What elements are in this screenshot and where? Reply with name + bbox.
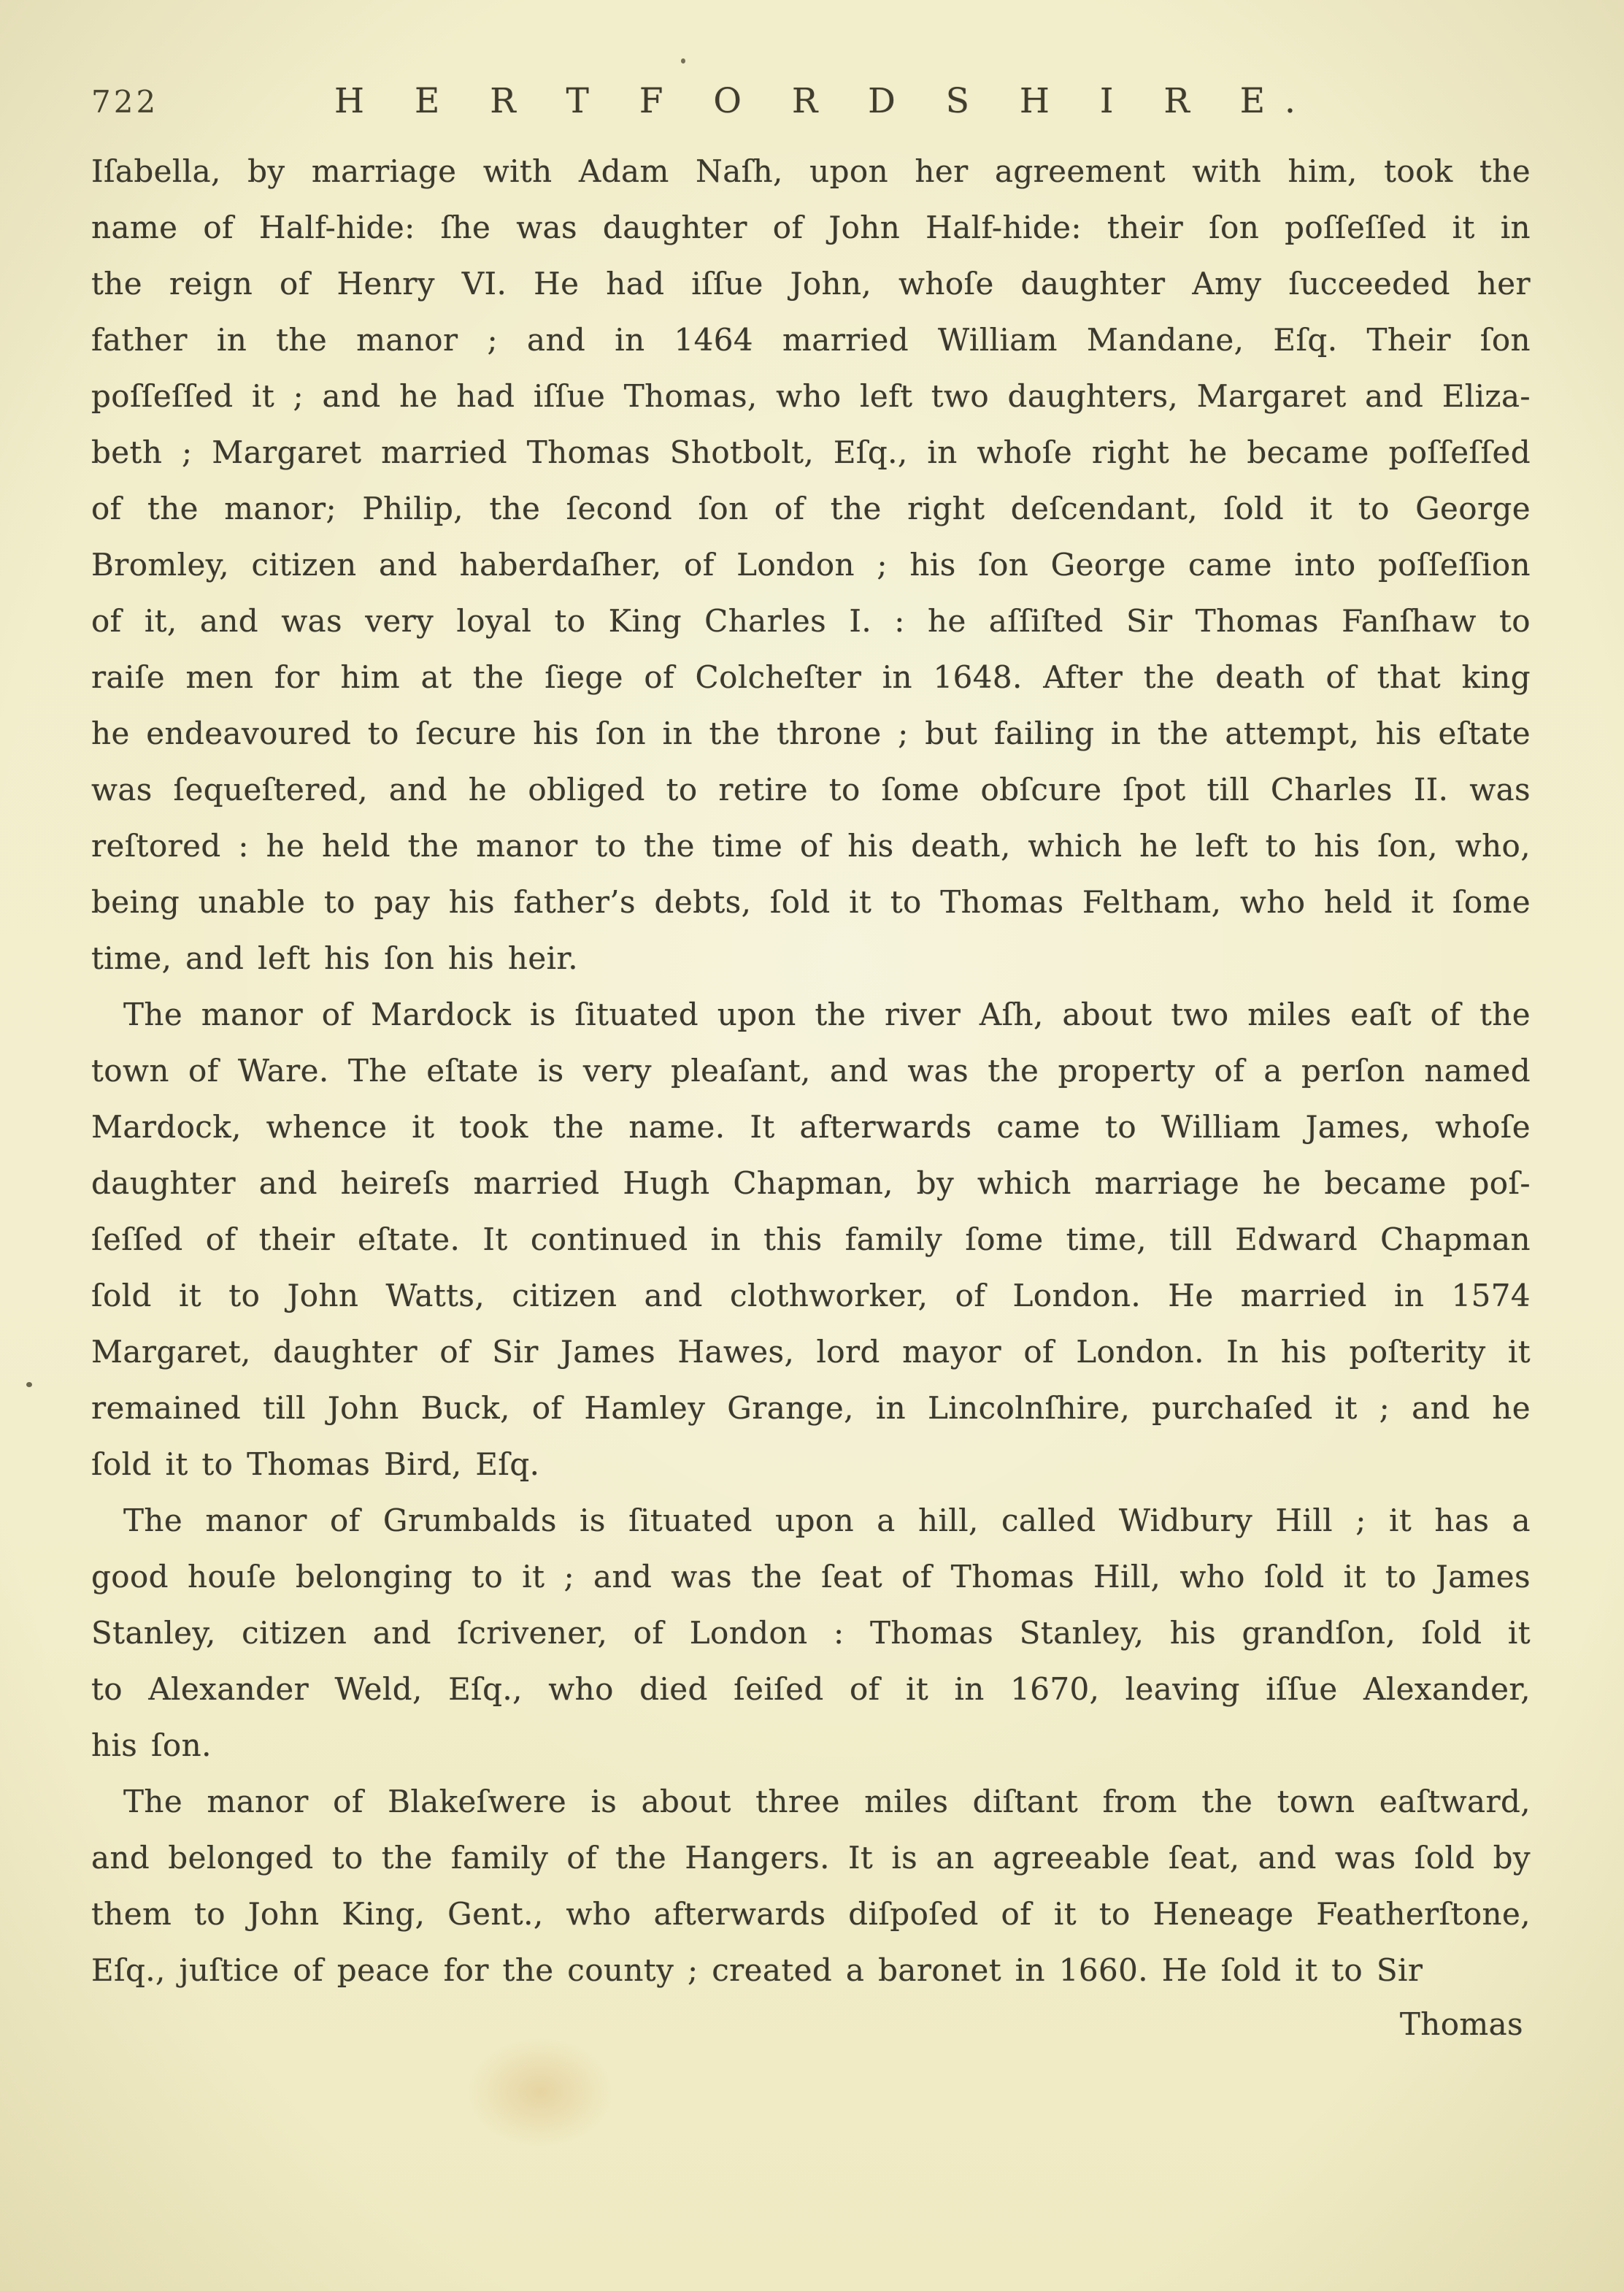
- text-line: Margaret, daughter of Sir James Hawes, l…: [91, 1324, 1531, 1380]
- text-line: of it, and was very loyal to King Charle…: [91, 593, 1531, 649]
- text-line: he endeavoured to ſecure his ſon in the …: [91, 705, 1531, 761]
- text-line: Bromley, citizen and haberdaſher, of Lon…: [91, 537, 1531, 593]
- paper-speck: [26, 1382, 32, 1387]
- text-line: was ſequeſtered, and he obliged to retir…: [91, 761, 1531, 818]
- text-line: reſtored : he held the manor to the time…: [91, 818, 1531, 874]
- book-page: 722 H E R T F O R D S H I R E. Iſabella,…: [0, 0, 1624, 2291]
- text-line: poſſeſſed it ; and he had iſſue Thomas, …: [91, 368, 1531, 424]
- text-line: beth ; Margaret married Thomas Shotbolt,…: [91, 424, 1531, 480]
- text-line: to Alexander Weld, Eſq., who died ſeiſed…: [91, 1661, 1531, 1717]
- text-line: the reign of Henry VI. He had iſſue John…: [91, 256, 1531, 312]
- text-block: Iſabella, by marriage with Adam Naſh, up…: [91, 143, 1531, 1998]
- text-line: Iſabella, by marriage with Adam Naſh, up…: [91, 143, 1531, 199]
- paragraph: Iſabella, by marriage with Adam Naſh, up…: [91, 143, 1531, 986]
- text-line: his ſon.: [91, 1717, 1531, 1773]
- text-line: raiſe men for him at the ſiege of Colche…: [91, 649, 1531, 705]
- text-line: of the manor; Philip, the ſecond ſon of …: [91, 480, 1531, 537]
- text-line: ſeſſed of their eſtate. It continued in …: [91, 1211, 1531, 1267]
- text-line: time, and left his ſon his heir.: [91, 930, 1531, 986]
- text-line: town of Ware. The eſtate is very pleaſan…: [91, 1043, 1531, 1099]
- paper-speck: [681, 58, 685, 64]
- text-line: Mardock, whence it took the name. It aft…: [91, 1099, 1531, 1155]
- text-line: The manor of Grumbalds is ſituated upon …: [91, 1492, 1531, 1549]
- paragraph: The manor of Blakeſwere is about three m…: [91, 1773, 1531, 1998]
- text-line: father in the manor ; and in 1464 marrie…: [91, 312, 1531, 368]
- text-line: and belonged to the family of the Hanger…: [91, 1830, 1531, 1886]
- text-line: The manor of Blakeſwere is about three m…: [91, 1773, 1531, 1830]
- text-line: name of Half-hide: ſhe was daughter of J…: [91, 199, 1531, 256]
- paper-speck: [1104, 108, 1107, 111]
- text-line: them to John King, Gent., who afterwards…: [91, 1886, 1531, 1942]
- text-line: The manor of Mardock is ſituated upon th…: [91, 986, 1531, 1043]
- running-title: H E R T F O R D S H I R E.: [91, 81, 1529, 121]
- text-line: Eſq., juſtice of peace for the county ; …: [91, 1942, 1531, 1998]
- paper-stain: [467, 2037, 613, 2146]
- catchword: Thomas: [1400, 2006, 1523, 2042]
- text-line: remained till John Buck, of Hamley Grang…: [91, 1380, 1531, 1436]
- text-line: Stanley, citizen and ſcrivener, of Londo…: [91, 1605, 1531, 1661]
- text-line: being unable to pay his father’s debts, …: [91, 874, 1531, 930]
- text-line: daughter and heireſs married Hugh Chapma…: [91, 1155, 1531, 1211]
- text-line: ſold it to John Watts, citizen and cloth…: [91, 1267, 1531, 1324]
- text-line: good houſe belonging to it ; and was the…: [91, 1549, 1531, 1605]
- page-header: 722 H E R T F O R D S H I R E.: [91, 64, 1529, 121]
- paragraph: The manor of Mardock is ſituated upon th…: [91, 986, 1531, 1492]
- paragraph: The manor of Grumbalds is ſituated upon …: [91, 1492, 1531, 1773]
- text-line: ſold it to Thomas Bird, Eſq.: [91, 1436, 1531, 1492]
